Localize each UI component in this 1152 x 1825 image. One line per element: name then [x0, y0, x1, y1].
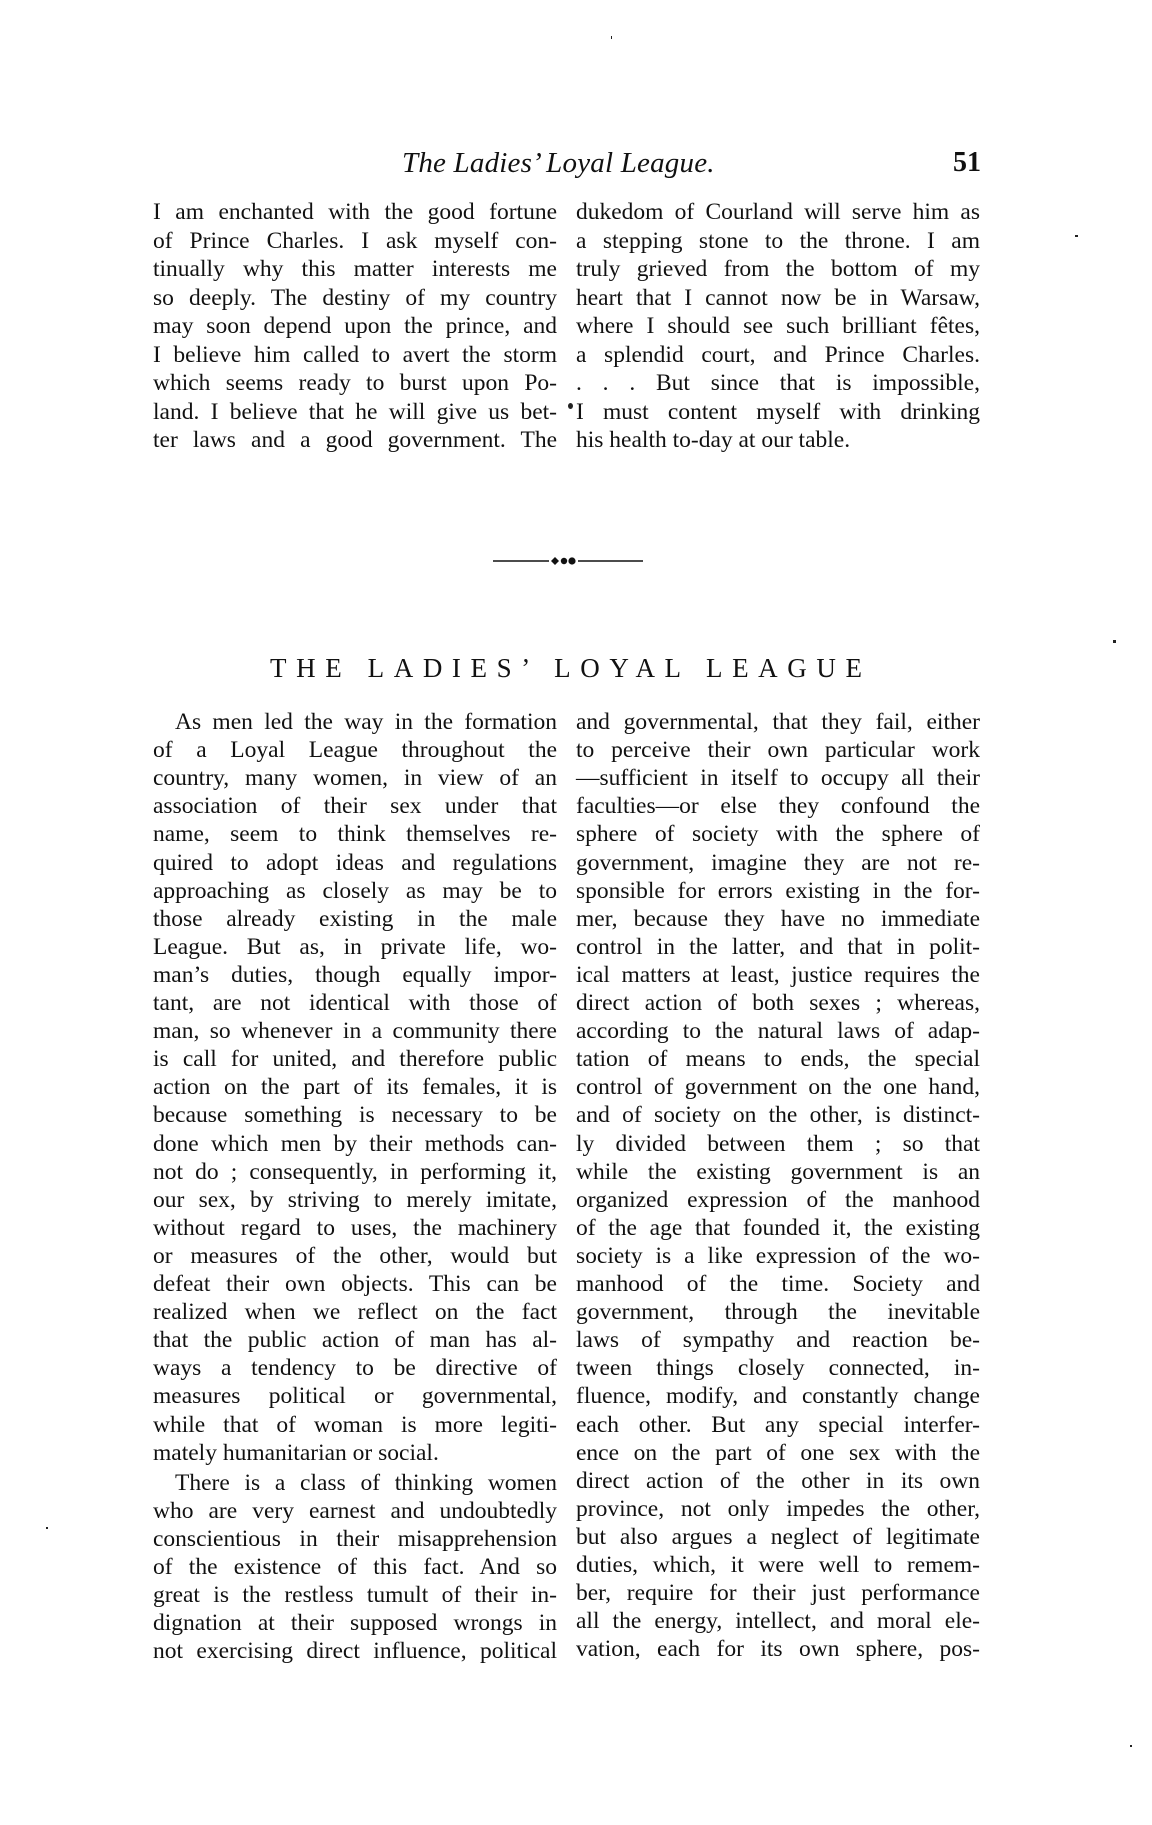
- text-line: of a Loyal League throughout the: [153, 736, 557, 764]
- text-line: tinually why this matter interests me: [153, 255, 557, 283]
- book-page: The Ladies’ Loyal League. 51 I am enchan…: [0, 0, 1152, 1825]
- text-line: ways a tendency to be directive of: [153, 1354, 557, 1382]
- text-line: or measures of the other, would but: [153, 1242, 557, 1270]
- text-line: quired to adopt ideas and regulations: [153, 849, 557, 877]
- scan-speck: [1130, 1745, 1132, 1747]
- text-line: country, many women, in view of an: [153, 764, 557, 792]
- text-line: conscientious in their misapprehension: [153, 1525, 557, 1553]
- running-head-title: The Ladies’ Loyal League.: [402, 147, 715, 179]
- text-line: As men led the way in the formation: [153, 708, 557, 736]
- text-line: of the existence of this fact. And so: [153, 1553, 557, 1581]
- text-line: ter laws and a good government. The: [153, 426, 557, 454]
- text-line: manhood of the time. Society and: [576, 1270, 980, 1298]
- text-line: realized when we reflect on the fact: [153, 1298, 557, 1326]
- text-line: tween things closely connected, in-: [576, 1354, 980, 1382]
- text-line: dukedom of Courland will serve him as: [576, 198, 980, 226]
- text-line: duties, which, it were well to remem-: [576, 1551, 980, 1579]
- text-line: man, so whenever in a community there: [153, 1017, 557, 1045]
- text-line: sponsible for errors existing in the for…: [576, 877, 980, 905]
- text-line: ly divided between them ; so that: [576, 1130, 980, 1158]
- page-number: 51: [953, 147, 981, 179]
- text-line: vation, each for its own sphere, pos-: [576, 1635, 980, 1663]
- text-line: ical matters at least, justice requires …: [576, 961, 980, 989]
- text-line: I must content myself with drinking: [576, 398, 980, 426]
- text-line: of Prince Charles. I ask myself con-: [153, 227, 557, 255]
- text-line: action on the part of its females, it is: [153, 1073, 557, 1101]
- text-line: society is a like expression of the wo-: [576, 1242, 980, 1270]
- text-line: but also argues a neglect of legitimate: [576, 1523, 980, 1551]
- text-line: all the energy, intellect, and moral ele…: [576, 1607, 980, 1635]
- text-line: without regard to uses, the machinery: [153, 1214, 557, 1242]
- text-line: I believe him called to avert the storm: [153, 341, 557, 369]
- text-line: association of their sex under that: [153, 792, 557, 820]
- text-line: tation of means to ends, the special: [576, 1045, 980, 1073]
- text-line: not do ; consequently, in performing it,: [153, 1158, 557, 1186]
- text-line: tant, are not identical with those of: [153, 989, 557, 1017]
- text-line: our sex, by striving to merely imitate,: [153, 1186, 557, 1214]
- text-line: organized expression of the manhood: [576, 1186, 980, 1214]
- text-line: and of society on the other, is distinct…: [576, 1101, 980, 1129]
- text-line: man’s duties, though equally impor-: [153, 961, 557, 989]
- text-line: may soon depend upon the prince, and: [153, 312, 557, 340]
- text-line: land. I believe that he will give us bet…: [153, 398, 557, 426]
- text-line: ber, require for their just performance: [576, 1579, 980, 1607]
- text-line: fluence, modify, and constantly change: [576, 1382, 980, 1410]
- text-line: done which men by their methods can-: [153, 1130, 557, 1158]
- text-line: who are very earnest and undoubtedly: [153, 1497, 557, 1525]
- text-line: not exercising direct influence, politic…: [153, 1637, 557, 1665]
- text-line: a stepping stone to the throne. I am: [576, 227, 980, 255]
- text-line: because something is necessary to be: [153, 1101, 557, 1129]
- text-line: is call for united, and therefore public: [153, 1045, 557, 1073]
- text-line: heart that I cannot now be in Warsaw,: [576, 284, 980, 312]
- scan-speck: [46, 1527, 48, 1529]
- text-line: government, through the inevitable: [576, 1298, 980, 1326]
- text-line: ence on the part of one sex with the: [576, 1439, 980, 1467]
- article-title: THE LADIES’ LOYAL LEAGUE: [270, 652, 854, 684]
- text-line: province, not only impedes the other,: [576, 1495, 980, 1523]
- text-line: a splendid court, and Prince Charles.: [576, 341, 980, 369]
- text-line: where I should see such brilliant fêtes,: [576, 312, 980, 340]
- scan-speck: [568, 403, 573, 409]
- text-line: government, imagine they are not re-: [576, 849, 980, 877]
- text-line: and governmental, that they fail, either: [576, 708, 980, 736]
- text-line: dignation at their supposed wrongs in: [153, 1609, 557, 1637]
- text-line: defeat their own objects. This can be: [153, 1270, 557, 1298]
- text-line: name, seem to think themselves re-: [153, 820, 557, 848]
- text-line: laws of sympathy and reaction be-: [576, 1326, 980, 1354]
- text-line: of the age that founded it, the existing: [576, 1214, 980, 1242]
- text-line: each other. But any special interfer-: [576, 1411, 980, 1439]
- text-line: that the public action of man has al-: [153, 1326, 557, 1354]
- text-line: sphere of society with the sphere of: [576, 820, 980, 848]
- text-line: measures political or governmental,: [153, 1382, 557, 1410]
- scan-speck: [1113, 640, 1116, 643]
- text-line: . . . But since that is impossible,: [576, 369, 980, 397]
- text-line: to perceive their own particular work: [576, 736, 980, 764]
- text-line: control in the latter, and that in polit…: [576, 933, 980, 961]
- text-line: direct action of the other in its own: [576, 1467, 980, 1495]
- text-line: League. But as, in private life, wo-: [153, 933, 557, 961]
- ornament-rule-icon: [493, 555, 643, 567]
- text-line: mer, because they have no immediate: [576, 905, 980, 933]
- text-line: his health to-day at our table.: [576, 426, 980, 454]
- text-line: direct action of both sexes ; whereas,: [576, 989, 980, 1017]
- text-line: faculties—or else they confound the: [576, 792, 980, 820]
- text-line: approaching as closely as may be to: [153, 877, 557, 905]
- scan-speck: [1075, 235, 1078, 237]
- text-line: —sufficient in itself to occupy all thei…: [576, 764, 980, 792]
- text-line: I am enchanted with the good fortune: [153, 198, 557, 226]
- text-line: according to the natural laws of adap-: [576, 1017, 980, 1045]
- text-line: mately humanitarian or social.: [153, 1439, 557, 1467]
- text-line: while that of woman is more legiti-: [153, 1411, 557, 1439]
- text-line: There is a class of thinking women: [153, 1469, 557, 1497]
- text-line: great is the restless tumult of their in…: [153, 1581, 557, 1609]
- text-line: while the existing government is an: [576, 1158, 980, 1186]
- text-line: which seems ready to burst upon Po-: [153, 369, 557, 397]
- text-line: control of government on the one hand,: [576, 1073, 980, 1101]
- scan-speck: [611, 36, 612, 39]
- text-line: truly grieved from the bottom of my: [576, 255, 980, 283]
- text-line: those already existing in the male: [153, 905, 557, 933]
- text-line: so deeply. The destiny of my country: [153, 284, 557, 312]
